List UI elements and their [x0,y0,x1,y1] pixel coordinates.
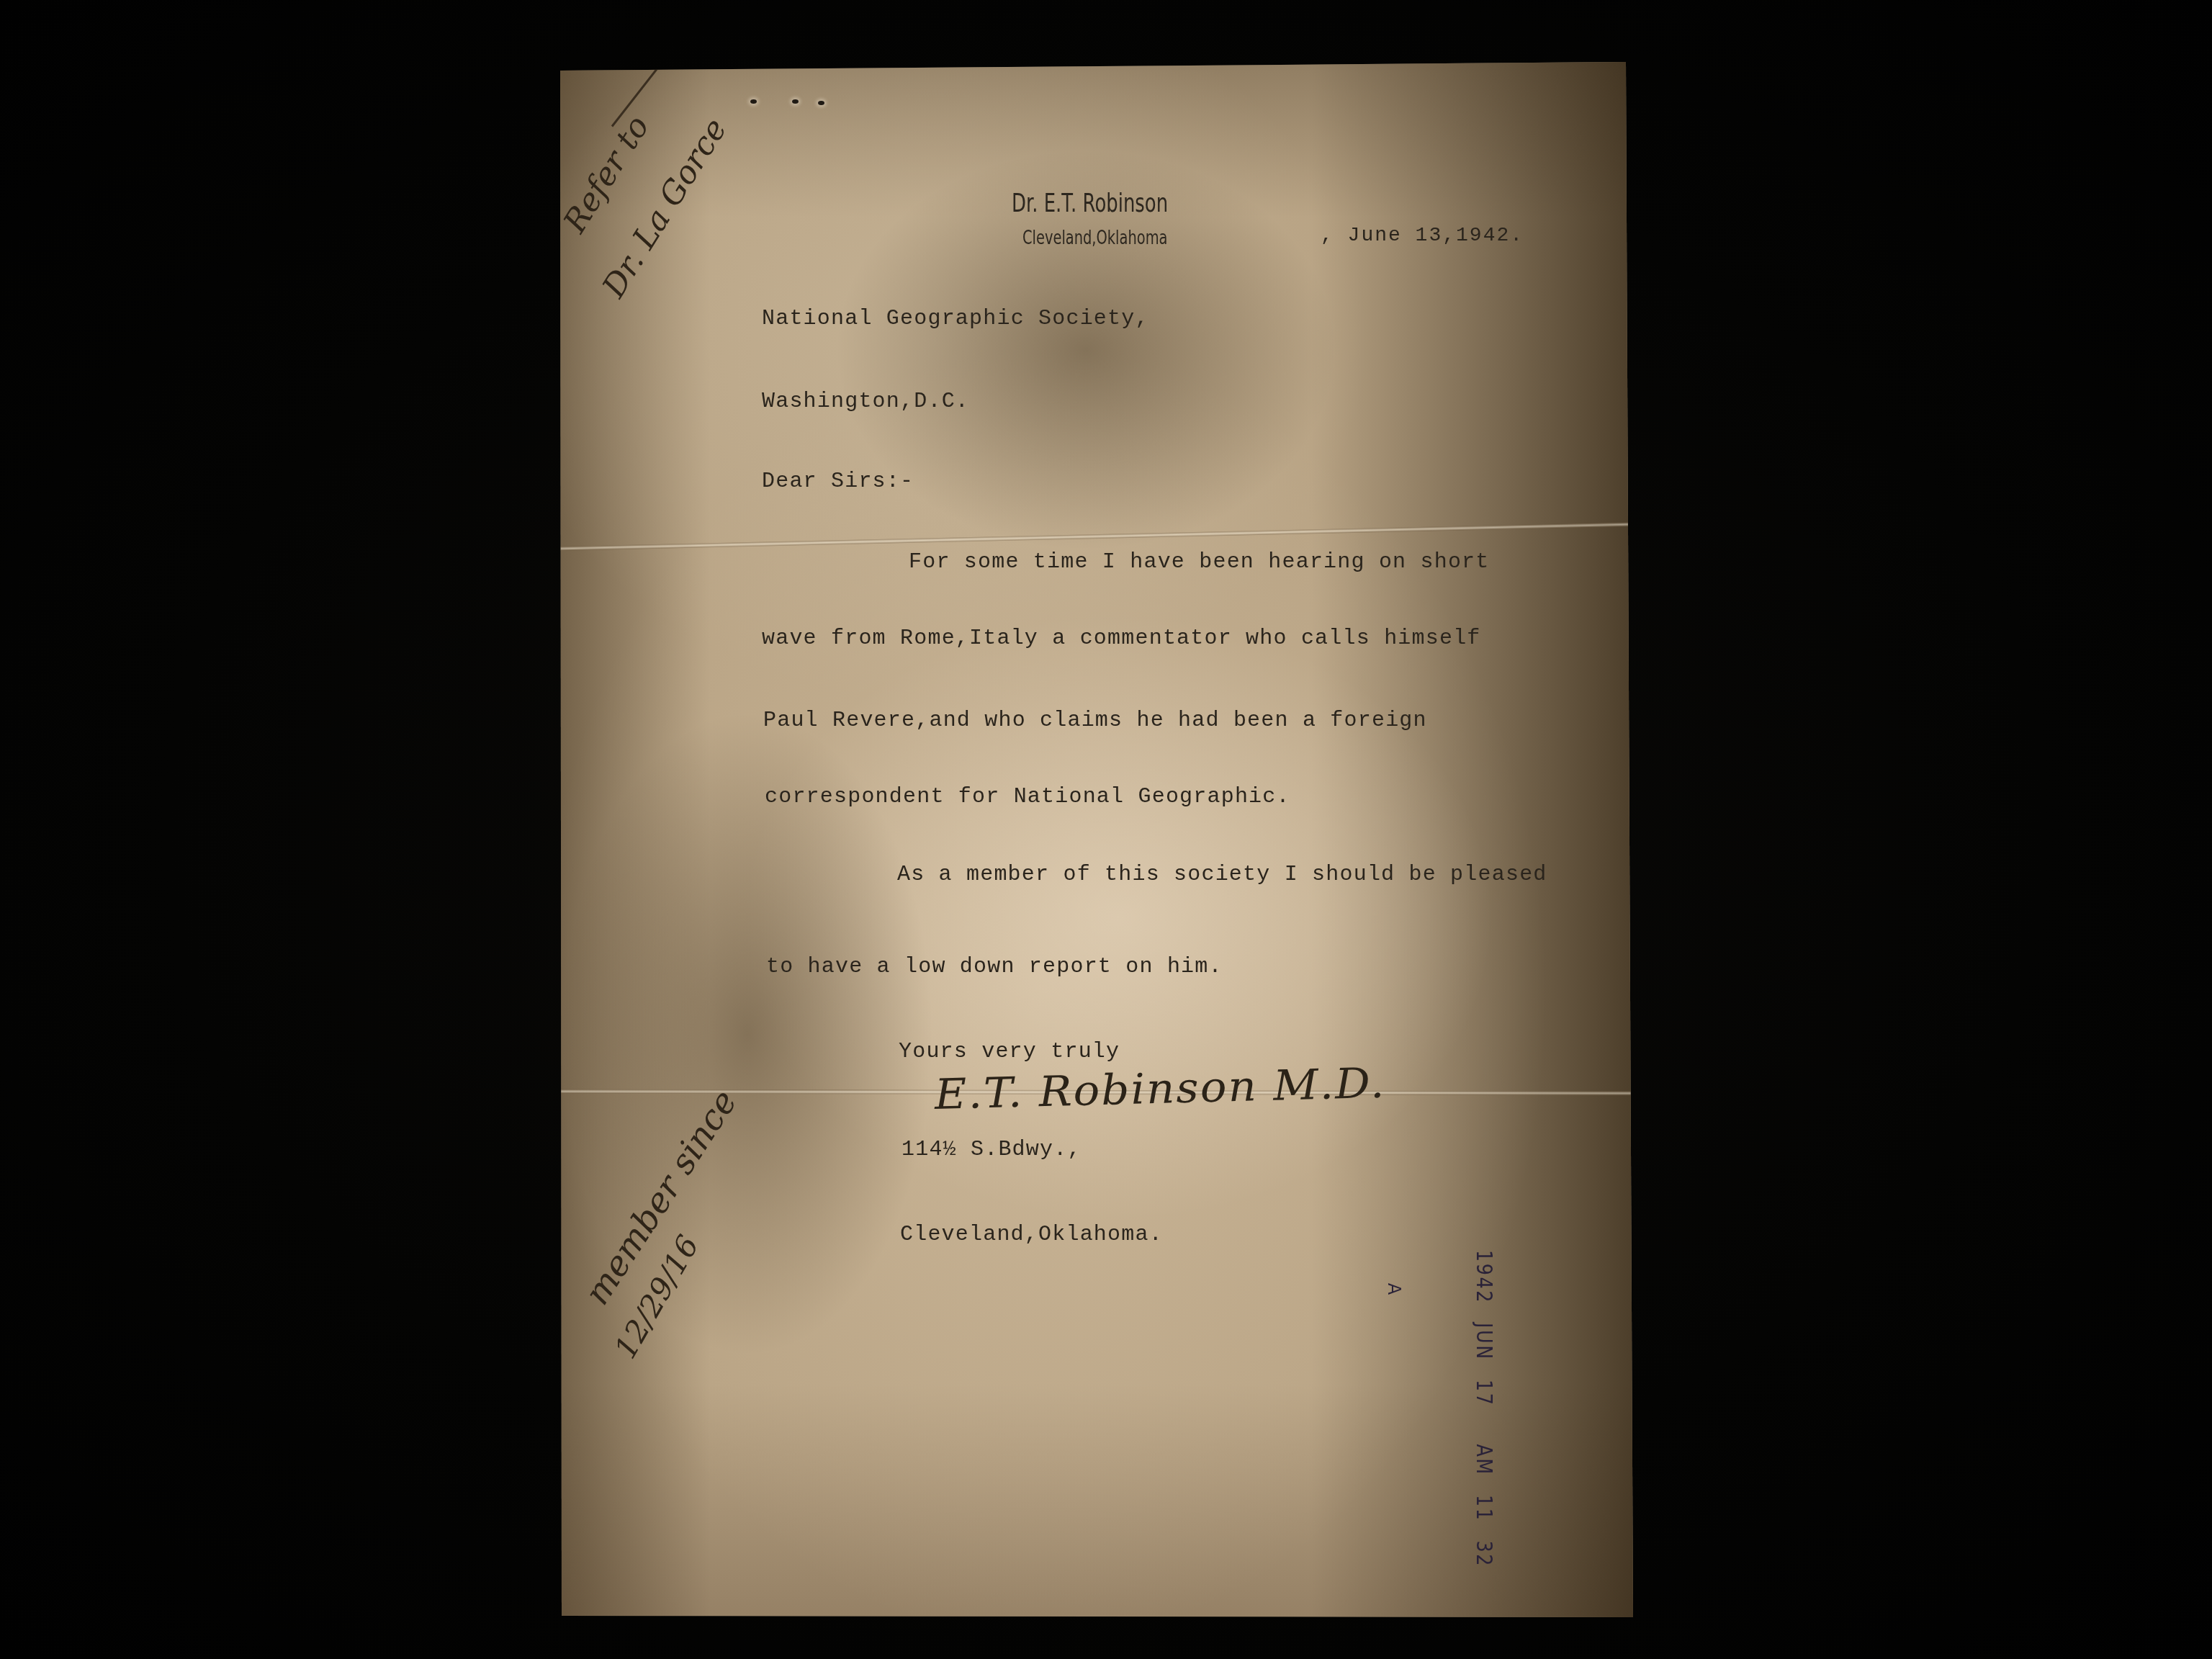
letter-page: Refer to Dr. La Gorce Dr. E.T. Robinson … [560,62,1633,1617]
letter-date: , June 13,1942. [1321,225,1524,247]
valediction: Yours very truly [899,1040,1120,1064]
body-line: to have a low down report on him. [766,955,1223,979]
body-line: For some time I have been hearing on sho… [909,550,1490,575]
body-line: correspondent for National Geographic. [765,785,1290,809]
letterhead-name: Dr. E.T. Robinson [1012,189,1168,218]
fold-line-upper [560,522,1633,551]
address-line-1: 114½ S.Bdwy., [902,1138,1082,1162]
received-date-stamp: 1942 JUN 17 AM 11 32 [1471,1250,1496,1568]
punch-mark [818,101,824,105]
letterhead-city: Cleveland,Oklahoma [1022,227,1167,249]
body-line: As a member of this society I should be … [897,863,1547,887]
punch-mark [792,99,799,104]
annotation-strike-line [611,0,781,127]
body-line: Paul Revere,and who claims he had been a… [763,709,1427,733]
salutation: Dear Sirs:- [762,469,914,494]
address-line-2: Cleveland,Oklahoma. [900,1223,1163,1247]
recipient-line-1: National Geographic Society, [762,307,1149,331]
punch-mark [750,99,757,104]
signature: E.T. Robinson M.D. [934,1058,1386,1119]
recipient-line-2: Washington,D.C. [762,390,969,414]
stamp-mark: A [1384,1283,1404,1295]
photo-background: Refer to Dr. La Gorce Dr. E.T. Robinson … [0,0,2212,1659]
body-line: wave from Rome,Italy a commentator who c… [762,626,1481,651]
